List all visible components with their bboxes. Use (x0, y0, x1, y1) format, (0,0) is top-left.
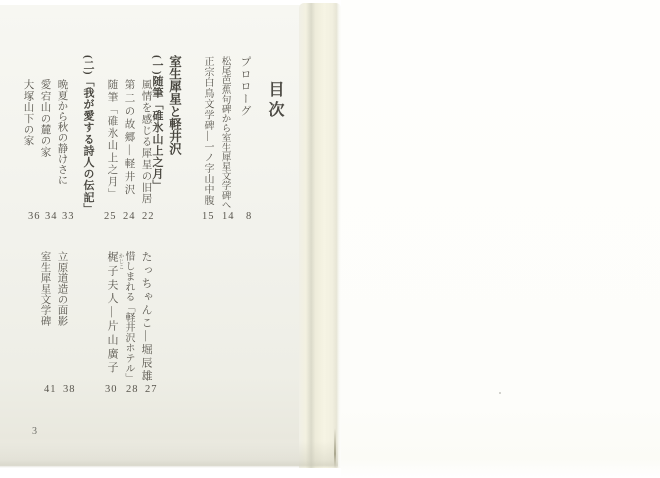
page-number: 24 (123, 212, 136, 223)
toc-entry-zuihitsu-usui: 随筆「碓氷山上之月」 (106, 79, 117, 200)
page-number: 14 (222, 212, 235, 223)
page-number: 34 (45, 212, 58, 223)
toc-entry-basho-kuhi: 松尾芭蕉句碑から室生犀星文学碑へ (220, 56, 230, 210)
toc-entry-atagoyama: 愛宕山の麓の家 (39, 79, 50, 157)
page-curve-edge (299, 3, 341, 468)
page-number: 38 (63, 385, 76, 396)
page-number: 33 (62, 212, 75, 223)
toc-entry-otsukayama: 大塚山下の家 (22, 79, 33, 146)
page-bottom-shadow (0, 441, 338, 468)
page-number: 25 (104, 212, 117, 223)
section2-subheading: (二)「我が愛する詩人の伝記」 (82, 55, 93, 214)
toc-entry-bungakuhi: 室生犀星文学碑 (39, 251, 50, 326)
folio-page-number: 3 (32, 426, 37, 437)
toc-entry-michiko-fujin: 梶子夫人―片山廣子 (106, 251, 117, 375)
toc-entry-masamune-hakucho: 正宗白鳥文学碑―一ノ字山中腹 (202, 56, 212, 206)
page-number: 30 (105, 385, 118, 396)
toc-entry-fuzei: 風情を感じる犀星の旧居 (140, 79, 151, 204)
page-number: 28 (126, 385, 139, 396)
gutter-shadow-line (334, 428, 336, 468)
section1-heading: 室生犀星と軽井沢 (168, 55, 181, 155)
prologue-heading: プロローグ (239, 56, 250, 117)
right-blank-page (341, 0, 660, 478)
page-number: 41 (44, 385, 57, 396)
page-number: 36 (28, 212, 41, 223)
book-photo: 目次 プロローグ 松尾芭蕉句碑から室生犀星文学碑へ 正宗白鳥文学碑―一ノ字山中腹… (0, 0, 660, 478)
page-number: 27 (145, 385, 158, 396)
page-number: 8 (246, 212, 252, 223)
toc-entry-tachihara: 立原道造の面影 (56, 251, 67, 326)
toc-entry-daini-no-kokyo: 第二の故郷―軽井沢 (123, 79, 134, 197)
toc-entry-tacchanko: たっちゃんこ―堀辰雄 (140, 251, 151, 383)
toc-title: 目次 (266, 81, 282, 121)
section1-subheading: (一)随筆「碓氷山上之月」 (151, 55, 162, 191)
page-number: 22 (142, 212, 155, 223)
page-number: 15 (202, 212, 215, 223)
furigana-kajiko: かじこ (117, 253, 123, 270)
toc-entry-banka: 晩夏から秋の静けさに (56, 79, 67, 185)
toc-entry-karuizawa-hotel: 惜しまれる「軽井沢ホテル」 (123, 251, 133, 384)
dust-speck (499, 392, 501, 394)
